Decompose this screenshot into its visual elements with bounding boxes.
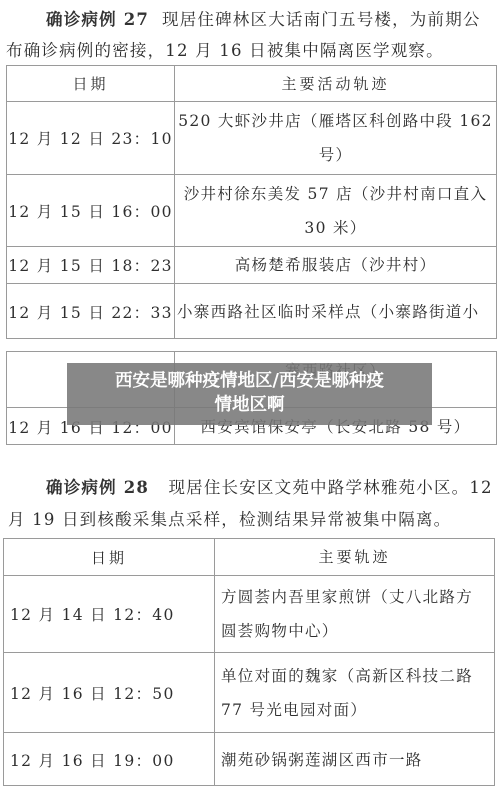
place-line1: 沙井村徐东美发 57 店（沙井村南口直入	[184, 185, 488, 203]
case27-paragraph-line1: 确诊病例 27 现居住碑林区大话南门五号楼，为前期公	[0, 6, 500, 30]
case27-intro-continued: 布确诊病例的密接，12 月 16 日被集中隔离医学观察。	[6, 41, 444, 60]
case27-paragraph-line2: 布确诊病例的密接，12 月 16 日被集中隔离医学观察。	[0, 37, 500, 61]
row-place: 小寨西路社区临时采样点（小寨路街道小	[174, 284, 496, 339]
row-place: 方圆荟内吾里家煎饼（丈八北路方 圆荟购物中心）	[221, 580, 494, 648]
case27-label: 确诊病例 27	[46, 10, 149, 29]
case27-table: 日期 主要活动轨迹 12 月 12 日 23：10 520 大虾沙井店（雁塔区科…	[6, 65, 497, 339]
case27-intro: 现居住碑林区大话南门五号楼，为前期公	[162, 10, 481, 29]
case28-label: 确诊病例 28	[46, 478, 149, 497]
place-line1: 520 大虾沙井店（雁塔区科创路中段 162	[178, 112, 493, 130]
table-header-row: 日期 主要轨迹	[4, 539, 494, 576]
header-date: 日期	[4, 539, 214, 575]
place-line1: 单位对面的魏家（高新区科技二路	[221, 667, 473, 685]
title-overlay: 西安是哪种疫情地区/西安是哪种疫 情地区啊	[67, 363, 432, 425]
row-place: 高杨楚希服装店（沙井村）	[174, 247, 496, 283]
row-date: 12 月 12 日 23：10	[7, 102, 174, 174]
row-place: 单位对面的魏家（高新区科技二路 77 号光电园对面）	[221, 659, 494, 727]
header-track: 主要活动轨迹	[174, 66, 496, 101]
table-row: 12 月 16 日 19：00 潮苑砂锅粥莲湖区西市一路	[4, 733, 494, 786]
table-row: 12 月 15 日 18：23 高杨楚希服装店（沙井村）	[7, 247, 496, 284]
row-date: 12 月 15 日 16：00	[7, 175, 174, 246]
row-date: 12 月 14 日 12：40	[4, 576, 214, 652]
table-header-row: 日期 主要活动轨迹	[7, 66, 496, 102]
case28-intro-continued: 月 19 日到核酸采集点采样，检测结果异常被集中隔离。	[8, 510, 451, 529]
row-place: 沙井村徐东美发 57 店（沙井村南口直入 30 米）	[175, 177, 496, 245]
case28-table: 日期 主要轨迹 12 月 14 日 12：40 方圆荟内吾里家煎饼（丈八北路方 …	[3, 538, 495, 786]
table-row: 12 月 15 日 16：00 沙井村徐东美发 57 店（沙井村南口直入 30 …	[7, 175, 496, 247]
overlay-title-line1: 西安是哪种疫情地区/西安是哪种疫	[67, 369, 432, 393]
row-date: 12 月 16 日 19：00	[4, 733, 214, 786]
table-row: 12 月 14 日 12：40 方圆荟内吾里家煎饼（丈八北路方 圆荟购物中心）	[4, 576, 494, 653]
header-track: 主要轨迹	[214, 539, 494, 575]
table-row: 12 月 15 日 22：33 小寨西路社区临时采样点（小寨路街道小	[7, 284, 496, 339]
place-line2: 圆荟购物中心）	[221, 622, 339, 640]
place-line1: 方圆荟内吾里家煎饼（丈八北路方	[221, 588, 473, 606]
case28-intro: 现居住长安区文苑中路学林雅苑小区。12	[168, 478, 492, 497]
case28-paragraph-line1: 确诊病例 28 现居住长安区文苑中路学林雅苑小区。12	[0, 474, 500, 498]
row-place: 潮苑砂锅粥莲湖区西市一路	[214, 733, 494, 786]
place-line2: 号）	[319, 146, 353, 164]
table-row: 12 月 16 日 12：50 单位对面的魏家（高新区科技二路 77 号光电园对…	[4, 653, 494, 733]
case28-paragraph-line2: 月 19 日到核酸采集点采样，检测结果异常被集中隔离。	[0, 506, 500, 530]
row-place: 520 大虾沙井店（雁塔区科创路中段 162 号）	[175, 104, 496, 172]
row-date: 12 月 15 日 22：33	[7, 284, 174, 339]
row-date: 12 月 16 日 12：50	[4, 653, 214, 732]
place-line2: 30 米）	[304, 219, 366, 237]
header-date: 日期	[7, 66, 174, 101]
overlay-title-line2: 情地区啊	[67, 393, 432, 417]
table-row: 12 月 12 日 23：10 520 大虾沙井店（雁塔区科创路中段 162 号…	[7, 102, 496, 175]
row-date: 12 月 15 日 18：23	[7, 247, 174, 283]
place-line2: 77 号光电园对面）	[221, 701, 367, 719]
